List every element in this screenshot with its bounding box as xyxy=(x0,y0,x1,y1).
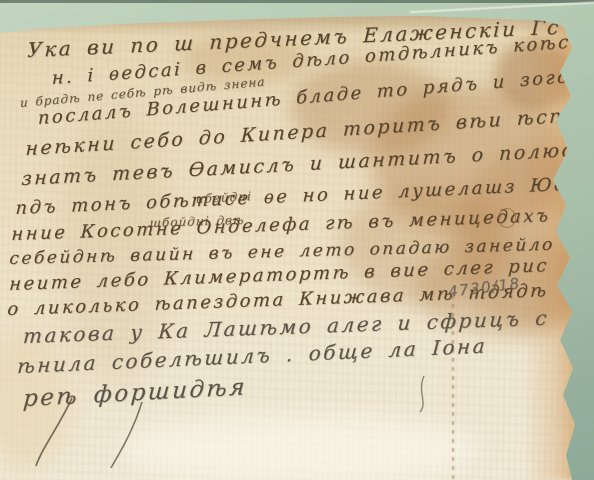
manuscript-paper: Ука ви по ш предчнемъ Елаженскіи Гс н. і… xyxy=(0,0,594,480)
signature-flourishes xyxy=(0,0,594,480)
photo-top-edge xyxy=(0,0,594,3)
manuscript-photo: Ука ви по ш предчнемъ Елаженскіи Гс н. і… xyxy=(0,0,594,480)
